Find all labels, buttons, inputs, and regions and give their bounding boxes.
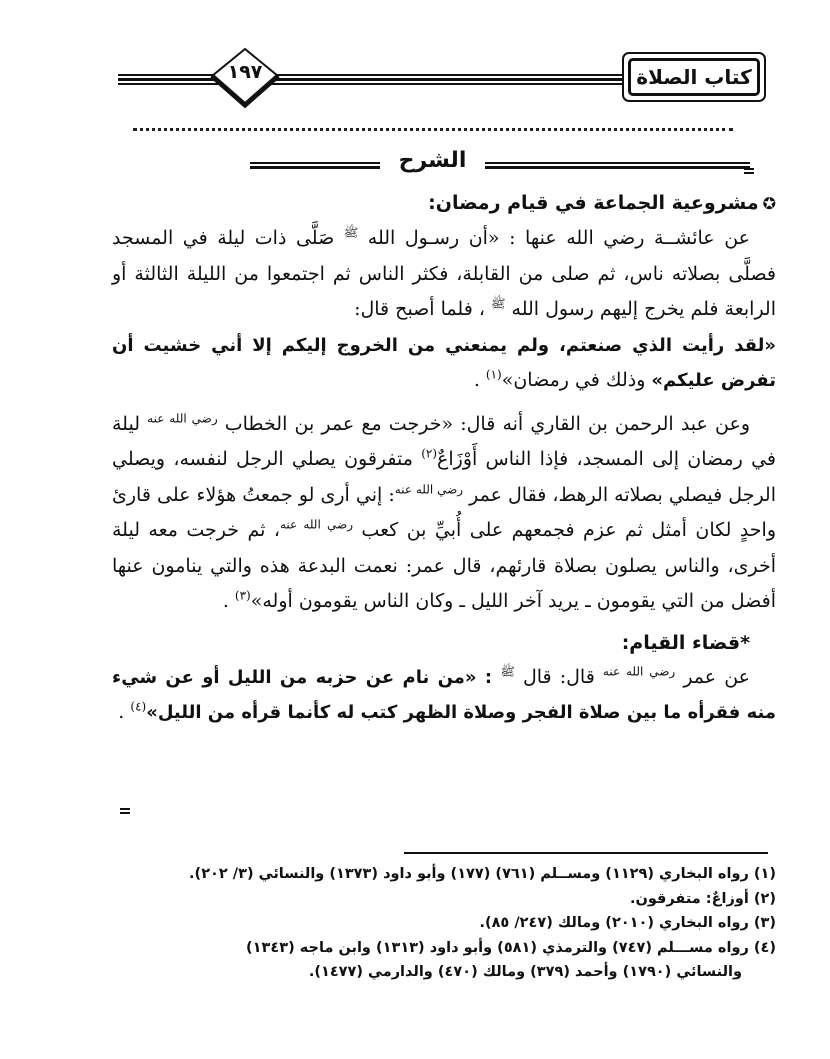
- salawat-icon: ﷺ: [500, 664, 515, 678]
- radiallahu-anhu-icon: رضي الله عنه: [147, 411, 217, 425]
- paragraph-abdurrahman-hadith: وعن عبد الرحمن بن القاري أنه قال: «خرجت …: [112, 407, 776, 620]
- main-text: ✪مشروعية الجماعة في قيام رمضان: عن عائشـ…: [112, 186, 776, 731]
- salawat-icon: ﷺ: [344, 226, 359, 240]
- radiallahu-anhu-icon: رضي الله عنه: [603, 664, 675, 678]
- footnote-ref-4[interactable]: (٤): [130, 700, 146, 714]
- radiallahu-anhu-icon: رضي الله عنه: [280, 518, 353, 532]
- running-header: ١٩٧ كتاب الصلاة: [118, 52, 766, 108]
- margin-mark-icon: [744, 168, 754, 174]
- salawat-icon: ﷺ: [491, 297, 506, 311]
- page-number: ١٩٧: [210, 60, 280, 84]
- paragraph-umar-hadith: عن عمر رضي الله عنه قال: قال ﷺ : «من نام…: [112, 660, 776, 731]
- subheading-making-up-night-prayer: *قضاء القيام:: [112, 626, 776, 660]
- section-rule-left: [250, 162, 380, 169]
- footnote-ref-1[interactable]: (١): [486, 368, 502, 382]
- paragraph-aisha-hadith: عن عائشــة رضي الله عنها : «أن رسـول الل…: [112, 221, 776, 399]
- book-title: كتاب الصلاة: [636, 65, 751, 89]
- section-rule-right: [485, 162, 750, 169]
- footnote-4-continuation: والنسائي (١٧٩٠) وأحمد (٣٧٩) ومالك (٤٧٠) …: [112, 960, 776, 985]
- footnote-1: (١) رواه البخاري (١١٢٩) ومســلم (٧٦١) (١…: [112, 862, 776, 887]
- header-rule: [118, 74, 622, 85]
- margin-mark-icon: [120, 808, 130, 814]
- subheading-ramadan-congregation: ✪مشروعية الجماعة في قيام رمضان:: [112, 186, 776, 221]
- footnote-ref-3[interactable]: (٣): [235, 589, 251, 603]
- hadith-quote: «لقد رأيت الذي صنعتم، ولم يمنعني من الخر…: [112, 335, 776, 392]
- footnote-3: (٣) رواه البخاري (٢٠١٠) ومالك (٢٤٧/ ٨٥).: [112, 911, 776, 936]
- page-number-diamond: ١٩٧: [210, 47, 280, 109]
- footnote-4: (٤) رواه مســـلم (٧٤٧) والترمذي (٥٨١) وأ…: [112, 936, 776, 985]
- section-title: الشرح: [385, 148, 480, 173]
- footnote-2: (٢) أوزاعٌ: متفرقون.: [112, 887, 776, 912]
- book-title-frame: كتاب الصلاة: [622, 52, 766, 102]
- footnote-separator: [404, 852, 768, 854]
- star-bullet-icon: ✪: [763, 194, 776, 213]
- dotted-divider: [133, 128, 733, 131]
- radiallahu-anhu-icon: رضي الله عنه: [395, 482, 463, 496]
- footnote-ref-2[interactable]: (٢): [421, 447, 437, 461]
- footnotes: (١) رواه البخاري (١١٢٩) ومســلم (٧٦١) (١…: [112, 862, 776, 985]
- book-page: ١٩٧ كتاب الصلاة الشرح ✪مشروعية الجماعة ف…: [0, 0, 830, 1059]
- section-heading: الشرح: [250, 148, 750, 188]
